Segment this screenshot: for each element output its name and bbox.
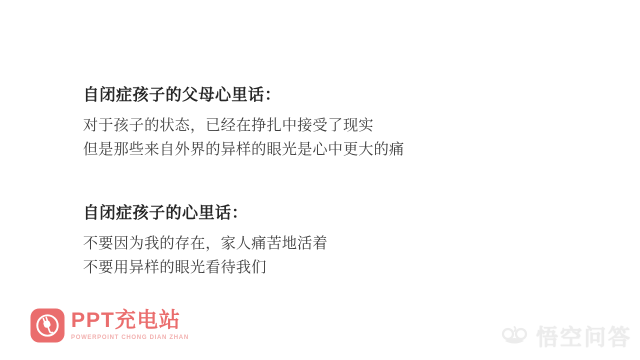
parents-words-section: 自闭症孩子的父母心里话： 对于孩子的状态，已经在挣扎中接受了现实 但是那些来自外… <box>83 86 563 162</box>
children-words-heading: 自闭症孩子的心里话： <box>83 204 563 224</box>
children-words-section: 自闭症孩子的心里话： 不要因为我的存在，家人痛苦地活着 不要用异样的眼光看待我们 <box>83 204 563 280</box>
logo-subtitle: POWERPOINT CHONG DIAN ZHAN <box>71 334 189 342</box>
monkey-icon <box>501 325 531 349</box>
presentation-slide: 自闭症孩子的父母心里话： 对于孩子的状态，已经在挣扎中接受了现实 但是那些来自外… <box>0 0 640 360</box>
logo-text-block: PPT充电站 POWERPOINT CHONG DIAN ZHAN <box>71 308 189 342</box>
wukong-qa-watermark: 悟空问答 <box>501 321 632 352</box>
parents-words-heading: 自闭症孩子的父母心里话： <box>83 86 563 106</box>
logo-title: PPT充电站 <box>71 310 189 332</box>
slide-text-content: 自闭症孩子的父母心里话： 对于孩子的状态，已经在挣扎中接受了现实 但是那些来自外… <box>83 86 563 280</box>
charging-plug-icon <box>30 308 65 343</box>
parents-words-line-1: 对于孩子的状态，已经在挣扎中接受了现实 <box>83 114 563 138</box>
children-words-line-2: 不要用异样的眼光看待我们 <box>83 256 563 280</box>
watermark-text: 悟空问答 <box>536 321 632 352</box>
ppt-chongdianzhan-logo: PPT充电站 POWERPOINT CHONG DIAN ZHAN <box>30 308 189 343</box>
children-words-line-1: 不要因为我的存在，家人痛苦地活着 <box>83 232 563 256</box>
parents-words-line-2: 但是那些来自外界的异样的眼光是心中更大的痛 <box>83 138 563 162</box>
